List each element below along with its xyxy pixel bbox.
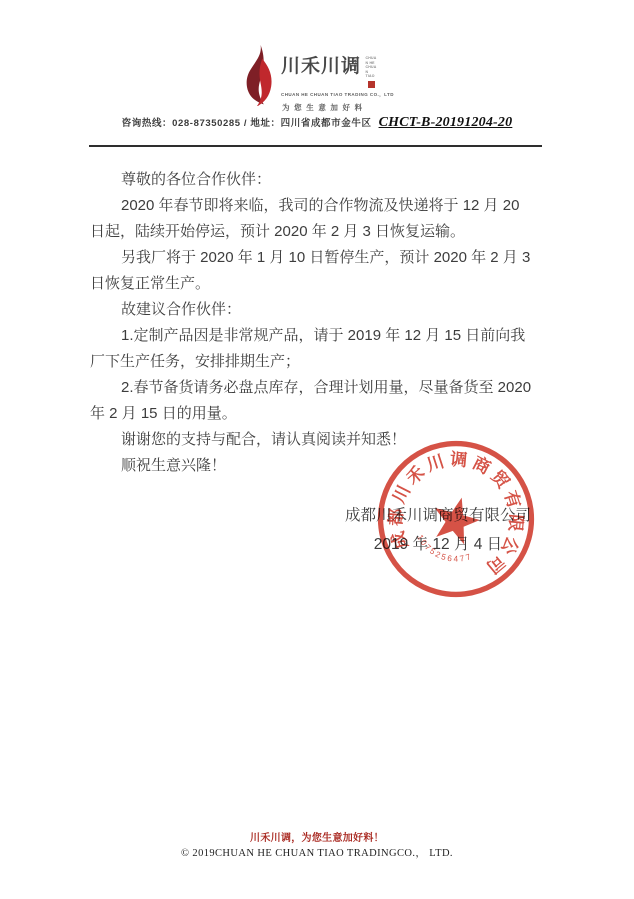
body-line: 另我厂将于 2020 年 1 月 10 日暂停生产，预计 2020 年 2 月 … — [90, 245, 548, 271]
body-line: 2020 年春节即将来临，我司的合作物流及快递将于 12 月 20 — [90, 193, 548, 219]
signature-block: 成都川禾川调商贸有限公司 2019 年 12 月 4 日 — [345, 501, 531, 559]
brand-text-block: 川禾川调 CHUAN HE CHUAN TIAO CHUAN HE CHUAN … — [281, 44, 394, 113]
body-line: 2.春节备货请务必盘点库存，合理计划用量，尽量备货至 2020 — [90, 375, 548, 401]
signature-company: 成都川禾川调商贸有限公司 — [345, 501, 531, 530]
brand-mini-caption: CHUAN HE CHUAN TIAO — [366, 56, 377, 79]
brand-english-name: CHUAN HE CHUAN TIAO TRADING CO.，LTD — [281, 92, 394, 98]
brand-tagline: 为您生意加好料 — [281, 102, 367, 113]
body-line: 年 2 月 15 日的用量。 — [90, 401, 548, 427]
body-line: 顺祝生意兴隆！ — [90, 453, 548, 479]
brand-seal-square-icon — [368, 81, 375, 88]
flame-icon — [240, 44, 273, 106]
body-line: 故建议合作伙伴： — [90, 297, 548, 323]
body-line: 日恢复正常生产。 — [90, 271, 548, 297]
body-line: 尊敬的各位合作伙伴： — [90, 167, 548, 193]
letter-page: 川禾川调 CHUAN HE CHUAN TIAO CHUAN HE CHUAN … — [0, 0, 634, 899]
body-line: 厂下生产任务，安排排期生产； — [90, 349, 548, 375]
header-divider — [89, 145, 542, 147]
body-line: 日起，陆续开始停运，预计 2020 年 2 月 3 日恢复运输。 — [90, 219, 548, 245]
body-line: 1.定制产品因是非常规产品，请于 2019 年 12 月 15 日前向我 — [90, 323, 548, 349]
body-line: 谢谢您的支持与配合，请认真阅读并知悉！ — [90, 427, 548, 453]
document-code: CHCT-B-20191204-20 — [379, 115, 513, 131]
letter-body: 尊敬的各位合作伙伴： 2020 年春节即将来临，我司的合作物流及快递将于 12 … — [90, 167, 548, 479]
footer-slogan: 川禾川调，为您生意加好料！ — [0, 829, 634, 844]
brand-mini-column: CHUAN HE CHUAN TIAO — [365, 56, 377, 88]
company-logo: 川禾川调 CHUAN HE CHUAN TIAO CHUAN HE CHUAN … — [0, 44, 634, 113]
brand-name: 川禾川调 — [281, 56, 361, 78]
footer-copyright: © 2019CHUAN HE CHUAN TIAO TRADINGCO.， LT… — [0, 845, 634, 860]
signature-date: 2019 年 12 月 4 日 — [345, 530, 531, 559]
contact-info: 咨询热线：028-87350285 / 地址：四川省成都市金牛区 — [122, 115, 372, 129]
contact-line: 咨询热线：028-87350285 / 地址：四川省成都市金牛区 CHCT-B-… — [0, 115, 634, 131]
